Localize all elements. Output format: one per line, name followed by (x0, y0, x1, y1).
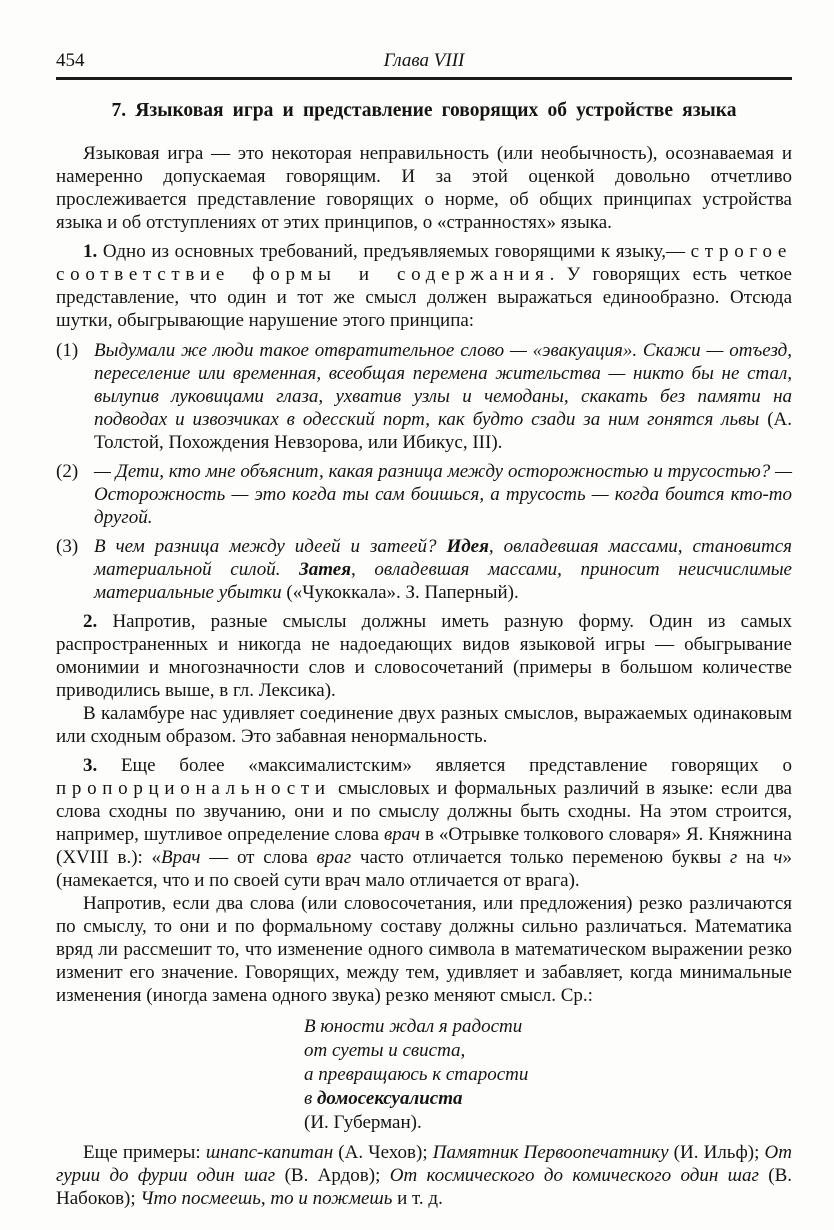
example-text: — Дети, кто мне объяснит, какая разница … (94, 460, 792, 529)
example-text: В чем разница между идеей и затеей? Идея… (94, 535, 792, 604)
paragraph-intro: Языковая игра — это некоторая неправильн… (56, 142, 792, 234)
paragraph-more-examples: Еще примеры: шнапс-капитан (А. Чехов); П… (56, 1141, 792, 1210)
poem-quote: В юности ждал я радости от суеты и свист… (304, 1015, 792, 1135)
example-text: Выдумали же люди такое отвратительное сл… (94, 339, 792, 454)
paragraph-point-3: 3. Еще более «максималистским» является … (56, 754, 792, 892)
poem-line: В юности ждал я радости (304, 1015, 792, 1039)
example-item-2: (2) — Дети, кто мне объяснит, какая разн… (56, 460, 792, 529)
poem-line: от суеты и свиста, (304, 1039, 792, 1063)
page-header: 454 Глава VIII (56, 50, 792, 80)
paragraph-kalambur: В каламбуре нас удивляет соединение двух… (56, 702, 792, 748)
page-number: 454 (56, 50, 176, 72)
paragraph-point-2: 2. Напротив, разные смыслы должны иметь … (56, 610, 792, 702)
book-page: 454 Глава VIII 7. Языковая игра и предст… (0, 0, 834, 1230)
example-number: (2) (56, 460, 94, 529)
examples-list: (1) Выдумали же люди такое отвратительно… (56, 339, 792, 604)
example-item-1: (1) Выдумали же люди такое отвратительно… (56, 339, 792, 454)
section-title: 7. Языковая игра и представление говорящ… (56, 100, 792, 122)
example-number: (1) (56, 339, 94, 454)
example-number: (3) (56, 535, 94, 604)
poem-line: в домосексуалиста (304, 1087, 792, 1111)
paragraph-naprotiv: Напротив, если два слова (или словосочет… (56, 892, 792, 1007)
poem-line: а превращаюсь к старости (304, 1063, 792, 1087)
running-head: Глава VIII (176, 50, 672, 72)
poem-attribution: (И. Губерман). (304, 1111, 792, 1135)
paragraph-point-1: 1. Одно из основных требований, предъявл… (56, 240, 792, 332)
example-item-3: (3) В чем разница между идеей и затеей? … (56, 535, 792, 604)
